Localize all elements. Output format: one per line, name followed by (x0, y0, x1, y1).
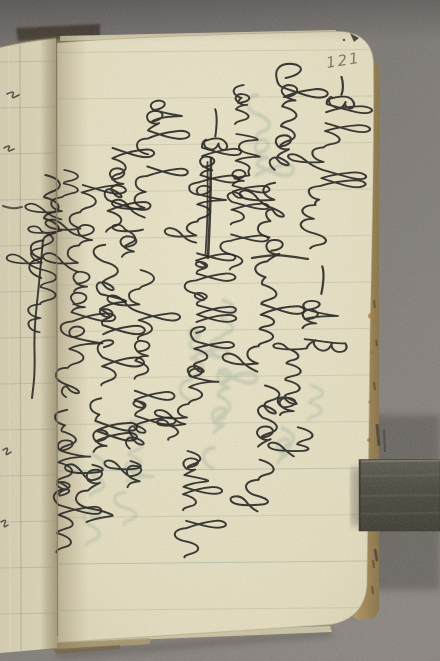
notebook-photo: 121 (0, 0, 440, 661)
top-vignette (0, 0, 440, 42)
photo-grain (0, 0, 440, 661)
photo-of-notebook: 121 (0, 0, 440, 661)
